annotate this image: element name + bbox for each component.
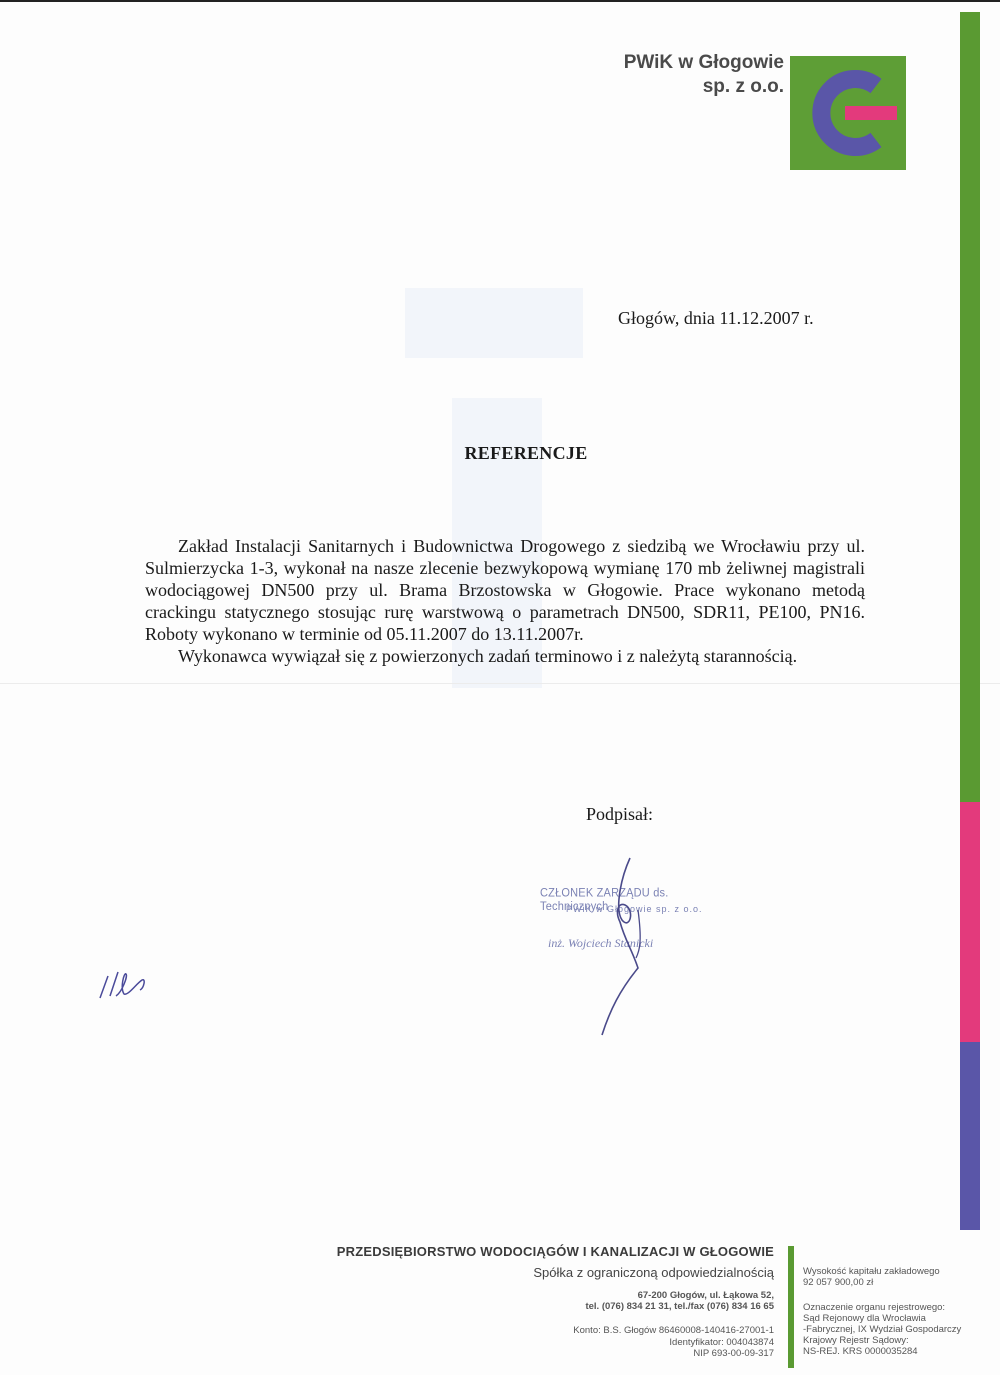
company-legal-form: sp. z o.o.	[703, 76, 784, 98]
footer-address: 67-200 Głogów, ul. Łąkowa 52,	[337, 1290, 774, 1301]
footer-nip: NIP 693-00-09-317	[337, 1348, 774, 1360]
body-paragraph: Wykonawca wywiązał się z powierzonych za…	[145, 645, 865, 667]
registry-dept: -Fabrycznej, IX Wydział Gospodarczy	[803, 1324, 961, 1335]
registry-name: Krajowy Rejestr Sądowy:	[803, 1335, 961, 1346]
footer-organization: PRZEDSIĘBIORSTWO WODOCIĄGÓW I KANALIZACJ…	[337, 1244, 774, 1259]
registry-court: Sąd Rejonowy dla Wrocławia	[803, 1313, 961, 1324]
capital-label: Wysokość kapitału zakładowego	[803, 1266, 961, 1277]
paper-fold-line	[0, 683, 1000, 684]
company-name: PWiK w Głogowie	[624, 52, 784, 74]
footer-divider	[788, 1246, 794, 1368]
footer-registry-info: Wysokość kapitału zakładowego 92 057 900…	[803, 1266, 961, 1357]
footer-identifier: Identyfikator: 004043874	[337, 1337, 774, 1349]
signature-icon	[560, 850, 660, 1040]
letter-date: Głogów, dnia 11.12.2007 r.	[618, 308, 814, 329]
initials-icon	[96, 966, 156, 1006]
scan-top-edge	[0, 0, 1000, 2]
brand-stripe-green	[960, 12, 980, 802]
footer-account: Konto: B.S. Głogów 86460008-140416-27001…	[337, 1325, 774, 1337]
pwik-logo-icon	[790, 56, 906, 170]
registry-label: Oznaczenie organu rejestrowego:	[803, 1302, 961, 1313]
letter-title-text: REFERENCJE	[464, 443, 587, 464]
brand-stripe-blue	[960, 1042, 980, 1230]
letter-title: REFERENCJE	[0, 443, 1000, 464]
signed-label: Podpisał:	[586, 804, 653, 825]
brand-stripe-pink	[960, 802, 980, 1042]
footer-legal-form: Spółka z ograniczoną odpowiedzialnością	[337, 1265, 774, 1280]
capital-value: 92 057 900,00 zł	[803, 1277, 961, 1288]
footer-company-info: PRZEDSIĘBIORSTWO WODOCIĄGÓW I KANALIZACJ…	[337, 1244, 774, 1360]
scan-bleed-through	[405, 288, 583, 358]
body-paragraph: Zakład Instalacji Sanitarnych i Budownic…	[145, 535, 865, 645]
footer-address-block: 67-200 Głogów, ul. Łąkowa 52, tel. (076)…	[337, 1290, 774, 1312]
footer-bank-block: Konto: B.S. Głogów 86460008-140416-27001…	[337, 1325, 774, 1360]
footer-phone: tel. (076) 834 21 31, tel./fax (076) 834…	[337, 1301, 774, 1312]
registry-number: NS-REJ. KRS 0000035284	[803, 1346, 961, 1357]
letter-body: Zakład Instalacji Sanitarnych i Budownic…	[145, 535, 865, 667]
